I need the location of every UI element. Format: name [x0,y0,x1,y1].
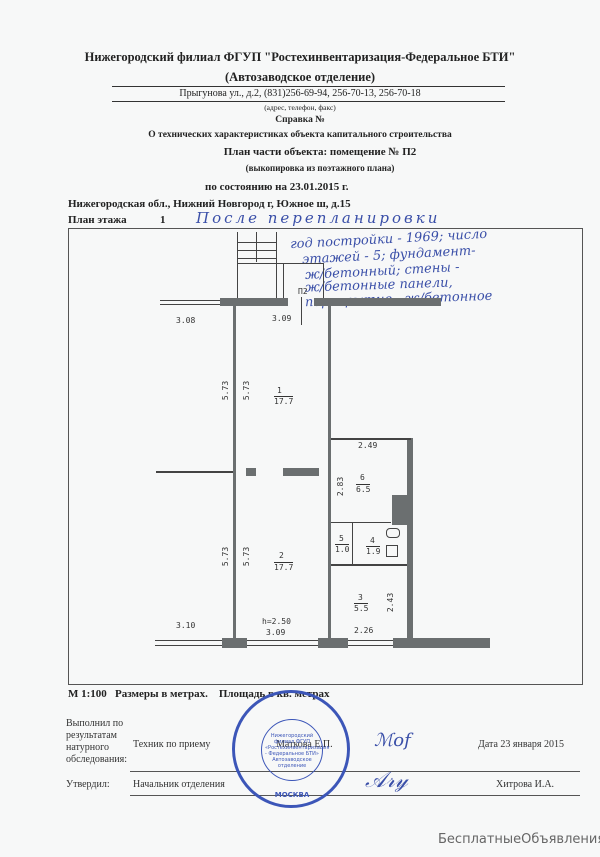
stair-step [237,263,276,264]
wall [156,471,233,473]
room-area: 6.5 [356,484,370,494]
org-name: Нижегородский филиал ФГУП "Ростехинвента… [0,50,600,65]
partition [331,564,407,566]
date-line: по состоянию на 23.01.2015 г. [205,181,349,193]
dimension: 3.09 [272,314,291,323]
plan-note: (выкопировка из поэтажного плана) [20,163,600,173]
room-area: 17.7 [274,562,293,572]
dimension: 3.10 [176,621,195,630]
dimension: 2.49 [358,441,377,450]
approved-name: Хитрова И.А. [496,779,554,790]
room-number: 1 [277,386,282,395]
stair-arrow [256,232,257,262]
dimension: 5.73 [221,547,230,566]
dimension: 2.26 [354,626,373,635]
org-division: (Автозаводское отделение) [0,70,600,85]
window-line [160,304,220,305]
wall [318,638,348,648]
dimension: 5.73 [242,547,251,566]
room-number: 5 [339,534,344,543]
room-area: 1.9 [366,546,380,556]
signature: 𝒜𝓇𝓎 [365,768,408,793]
official-stamp: Нижегородский филиал ФГУП «Ростехинвента… [232,690,350,808]
room-number: 3 [358,593,363,602]
doc-title: Справка № [0,115,600,125]
dimension: 2.83 [336,477,345,496]
wall [328,306,331,640]
divider [112,86,505,87]
watermark: БесплатныеОбъявления.рф [438,832,600,847]
sink-icon [386,545,398,557]
room-number: 4 [370,536,375,545]
dimension: 3.09 [266,628,285,637]
org-address: Прыгунова ул., д.2, (831)256-69-94, 256-… [0,88,600,99]
entrance-label: П2 [298,287,308,296]
entrance-marker [301,297,302,325]
dimension: 5.73 [221,381,230,400]
doc-subtitle: О технических характеристиках объекта ка… [0,130,600,140]
stamp-city: МОСКВА [265,791,319,799]
divider [130,771,580,772]
wall [220,298,288,306]
handwritten-note: После перепланировки [196,209,440,227]
vestibule-wall [323,263,324,302]
ceiling-height: h=2.50 [262,617,291,626]
window-line [160,300,220,301]
wall [222,638,247,648]
room-number: 6 [360,473,365,482]
divider [130,795,580,796]
wall [393,638,490,648]
approved-role: Начальник отделения [133,779,225,790]
approved-label: Утвердил: [66,779,110,790]
wall [283,468,319,476]
dimension: 2.43 [386,593,395,612]
performed-label: Выполнил по результатам натурного обслед… [66,718,130,766]
stamp-text: Нижегородский филиал ФГУП «Ростехинвента… [265,733,319,769]
room-number: 2 [279,551,284,560]
stair-line [276,232,277,302]
partition [352,522,353,564]
floor-label: План этажа [68,214,127,226]
vestibule-wall [276,263,323,264]
divider [112,101,505,102]
wall [233,306,236,640]
room-area: 1.0 [335,544,349,554]
wall [392,495,412,525]
floor-number: 1 [160,214,166,226]
room-area: 5.5 [354,603,368,613]
wall [246,468,256,476]
wall [331,438,411,440]
plan-title: План части объекта: помещение № П2 [20,146,600,158]
dimension: 5.73 [242,381,251,400]
toilet-icon [386,528,400,538]
partition [331,522,391,523]
floor-plan-frame [68,228,583,685]
wall [407,438,413,640]
wall [314,298,441,306]
vestibule-wall [283,263,284,302]
room-area: 17.7 [274,396,293,406]
dimension: 3.08 [176,316,195,325]
address-caption: (адрес, телефон, факс) [0,103,600,112]
date-signed: Дата 23 января 2015 [478,739,564,750]
signature: ℳ𝑜𝑓 [374,730,411,751]
performed-role: Техник по приему [133,739,210,750]
